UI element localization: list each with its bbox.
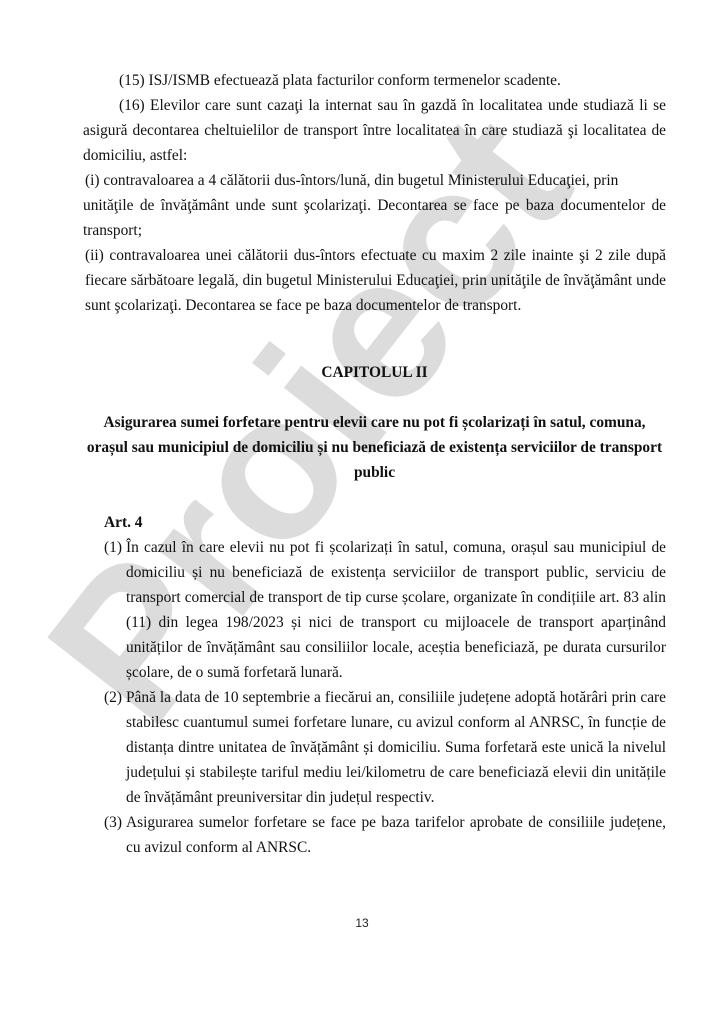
article-items: (1) În cazul în care elevii nu pot fi șc… <box>83 535 666 860</box>
article-title: Art. 4 <box>104 510 666 535</box>
item-text: Până la data de 10 septembrie a fiecărui… <box>126 689 666 806</box>
paragraph-ii: (ii) contravaloarea unei călătorii dus-î… <box>83 243 666 318</box>
chapter-title: Asigurarea sumei forfetare pentru elevii… <box>83 410 666 485</box>
page-number: 13 <box>0 916 724 930</box>
document-body: (15) ISJ/ISMB efectuează plata facturilo… <box>83 68 666 860</box>
paragraph-i-first-line: (i) contravaloarea a 4 călătorii dus-înt… <box>83 168 666 193</box>
chapter-heading: CAPITOLUL II <box>83 360 666 385</box>
item-number: (2) <box>104 685 122 710</box>
item-text: În cazul în care elevii nu pot fi școlar… <box>126 539 666 681</box>
article-item-3: (3) Asigurarea sumelor forfetare se face… <box>83 810 666 860</box>
article-item-2: (2) Până la data de 10 septembrie a fiec… <box>83 685 666 810</box>
item-number: (3) <box>104 810 122 835</box>
paragraph-15: (15) ISJ/ISMB efectuează plata facturilo… <box>83 68 666 93</box>
paragraph-i-continuation: unităţile de învăţământ unde sunt şcolar… <box>83 193 666 243</box>
paragraph-16: (16) Elevilor care sunt cazaţi la intern… <box>83 93 666 168</box>
item-text: Asigurarea sumelor forfetare se face pe … <box>126 814 666 856</box>
article-item-1: (1) În cazul în care elevii nu pot fi șc… <box>83 535 666 685</box>
item-number: (1) <box>104 535 122 560</box>
document-page: Proiect (15) ISJ/ISMB efectuează plata f… <box>0 0 724 1024</box>
